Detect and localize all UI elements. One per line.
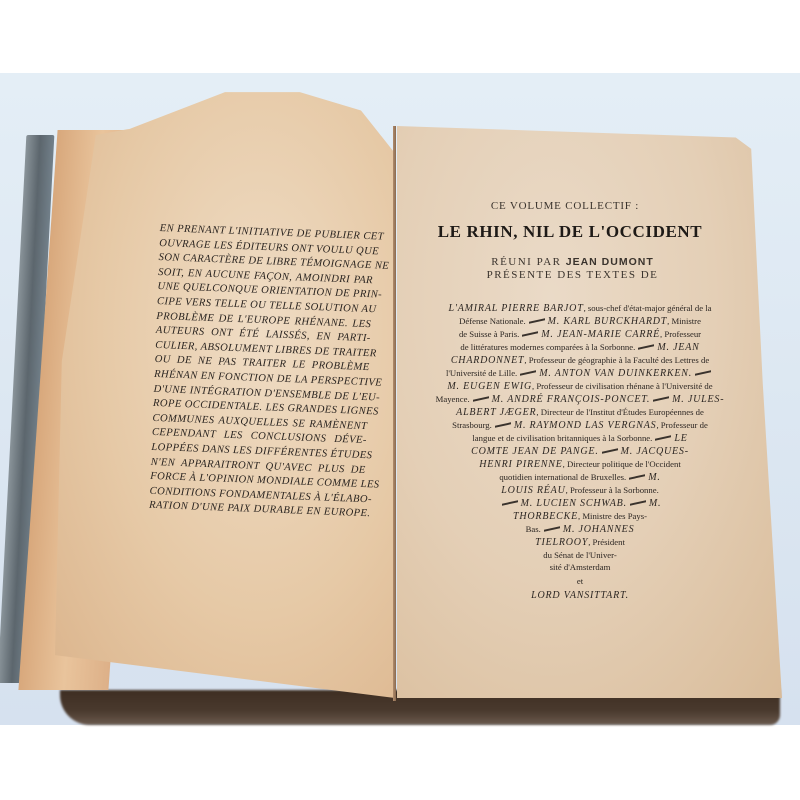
editor-line: RÉUNI PAR JEAN DUMONT PRÉSENTE DES TEXTE… bbox=[405, 256, 740, 282]
dash-ornament-icon bbox=[695, 370, 711, 378]
dash-ornament-icon bbox=[502, 500, 518, 508]
book-gutter bbox=[393, 126, 396, 701]
contrib-line: LOUIS RÉAU, Professeur à la Sorbonne. bbox=[420, 484, 740, 497]
publisher-note: En prenant l'initiative de publier cet o… bbox=[149, 222, 375, 522]
contrib-line: quotidien international de Bruxelles.M. bbox=[420, 471, 740, 484]
dash-ornament-icon bbox=[544, 526, 560, 534]
contrib-line: M. LUCIEN SCHWAB.M. bbox=[420, 497, 740, 510]
gathered-by-label: RÉUNI PAR bbox=[491, 256, 561, 268]
contrib-line: Strasbourg.M. RAYMOND LAS VERGNAS, Profe… bbox=[420, 419, 740, 432]
editor-name: JEAN DUMONT bbox=[566, 256, 654, 268]
contrib-line: M. EUGEN EWIG, Professeur de civilisatio… bbox=[420, 380, 740, 393]
dash-ornament-icon bbox=[495, 422, 511, 430]
contrib-line: sité d'Amsterdam bbox=[420, 561, 740, 573]
contrib-line: ALBERT JÆGER, Directeur de l'Institut d'… bbox=[420, 406, 740, 419]
intro-line: CE VOLUME COLLECTIF : bbox=[390, 200, 740, 212]
contrib-line: HENRI PIRENNE, Directeur politique de l'… bbox=[420, 458, 740, 471]
contrib-line: langue et de civilisation britanniques à… bbox=[420, 432, 740, 445]
contrib-line: de littératures modernes comparées à la … bbox=[420, 341, 740, 354]
dash-ornament-icon bbox=[522, 331, 538, 339]
contrib-line: l'Université de Lille.M. ANTON VAN DUINK… bbox=[420, 367, 740, 380]
dash-ornament-icon bbox=[473, 396, 489, 404]
dash-ornament-icon bbox=[520, 370, 536, 378]
contrib-line: Bas.M. JOHANNES bbox=[420, 523, 740, 536]
dash-ornament-icon bbox=[629, 474, 645, 482]
dash-ornament-icon bbox=[655, 435, 671, 443]
dash-ornament-icon bbox=[630, 500, 646, 508]
contrib-line: LORD VANSITTART. bbox=[420, 589, 740, 602]
contrib-line: du Sénat de l'Univer- bbox=[420, 549, 740, 561]
dash-ornament-icon bbox=[602, 448, 618, 456]
dash-ornament-icon bbox=[653, 396, 669, 404]
presents-label: PRÉSENTE DES TEXTES DE bbox=[487, 269, 659, 281]
dash-ornament-icon bbox=[638, 344, 654, 352]
contributor-list: L'AMIRAL PIERRE BARJOT, sous-chef d'état… bbox=[420, 302, 740, 602]
contrib-line: Défense Nationale.M. KARL BURCKHARDT, Mi… bbox=[420, 315, 740, 328]
contrib-line: L'AMIRAL PIERRE BARJOT, sous-chef d'état… bbox=[420, 302, 740, 315]
contrib-line: COMTE JEAN DE PANGE.M. JACQUES- bbox=[420, 445, 740, 458]
contrib-line: THORBECKE, Ministre des Pays- bbox=[420, 510, 740, 523]
book-title: LE RHIN, NIL DE L'OCCIDENT bbox=[400, 222, 740, 242]
conjunction: et bbox=[420, 575, 740, 587]
contrib-line: Mayence.M. ANDRÉ FRANÇOIS-PONCET.M. JULE… bbox=[420, 393, 740, 406]
contrib-line: CHARDONNET, Professeur de géographie à l… bbox=[420, 354, 740, 367]
dash-ornament-icon bbox=[529, 318, 545, 326]
contrib-line: de Suisse à Paris.M. JEAN-MARIE CARRÉ, P… bbox=[420, 328, 740, 341]
title-page: CE VOLUME COLLECTIF : LE RHIN, NIL DE L'… bbox=[420, 200, 740, 602]
contrib-line: TIELROOY, Président bbox=[420, 536, 740, 549]
